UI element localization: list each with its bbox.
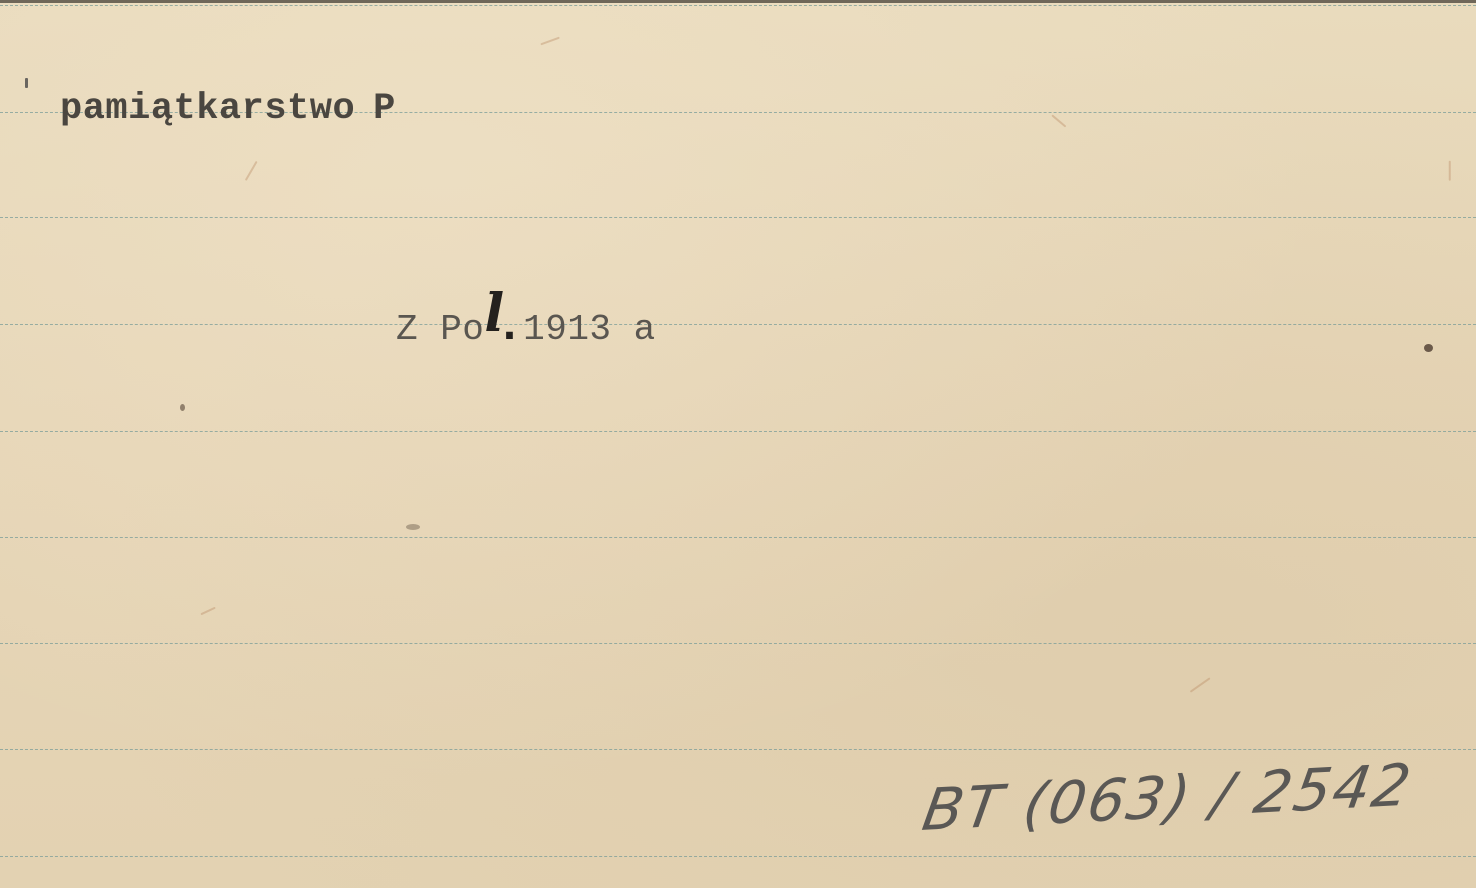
subject-letter: P <box>373 88 396 130</box>
reference-prefix: Z Po <box>396 309 484 350</box>
source-reference: Z Pol.1913 a <box>396 291 656 352</box>
paper-fiber <box>540 37 559 45</box>
subject-term: pamiątkarstwo <box>60 88 355 130</box>
pencil-shelfmark: BT (063) / 2542 <box>918 751 1417 844</box>
paper-fiber <box>1190 677 1211 692</box>
ruled-line <box>0 856 1476 857</box>
reference-year: 1913 <box>523 309 611 350</box>
card-top-edge <box>0 0 1476 3</box>
ruled-line <box>0 5 1476 6</box>
handwritten-letter: l <box>484 283 502 344</box>
reference-suffix: a <box>634 309 656 350</box>
margin-tick-mark <box>25 78 28 88</box>
ruled-line <box>0 324 1476 325</box>
paper-speck <box>180 404 185 411</box>
paper-fiber <box>200 607 215 615</box>
paper-fiber <box>1449 161 1451 181</box>
paper-fiber <box>1052 114 1067 127</box>
index-card: pamiątkarstwoP Z Pol.1913 a BT (063) / 2… <box>0 0 1476 888</box>
ruled-line <box>0 217 1476 218</box>
ruled-line <box>0 749 1476 750</box>
paper-speck <box>1424 344 1433 352</box>
ruled-line <box>0 643 1476 644</box>
subject-heading: pamiątkarstwoP <box>60 88 396 130</box>
ruled-line <box>0 431 1476 432</box>
ruled-line <box>0 537 1476 538</box>
handwritten-dot: . <box>502 304 517 348</box>
paper-fiber <box>245 161 257 181</box>
paper-speck <box>406 524 420 530</box>
